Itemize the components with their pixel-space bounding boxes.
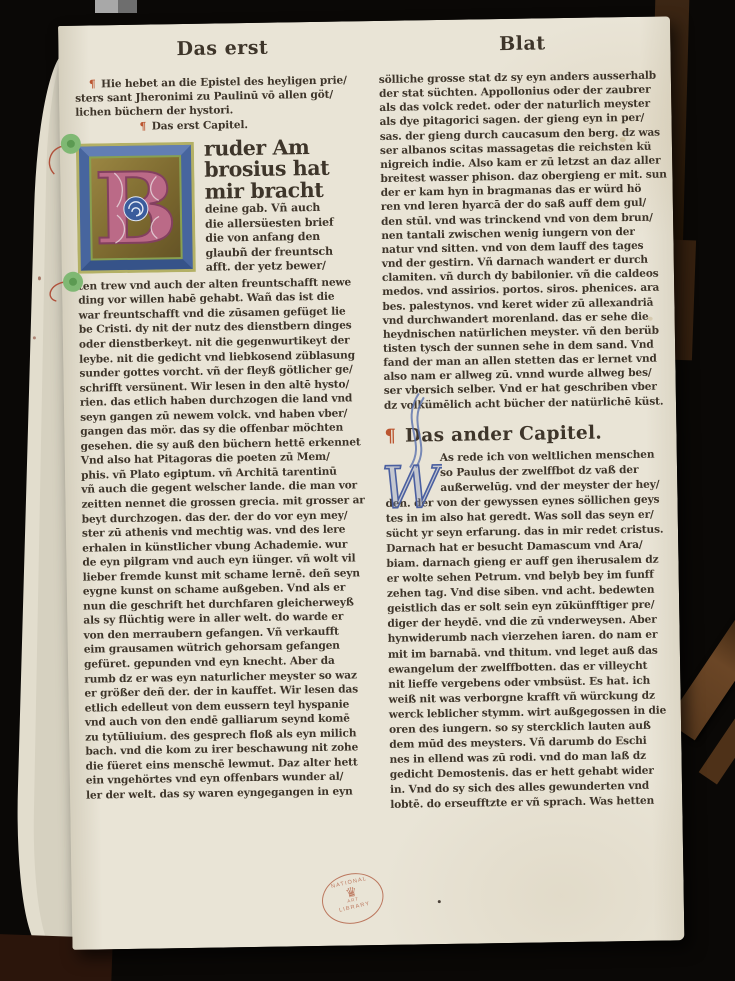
chapter2-opening: W As rede ich von weltlichen menschenso …	[385, 447, 678, 497]
illuminated-initial-b-icon: B	[76, 142, 196, 274]
book-photograph: Das erst Blat ¶ Hie hebet an die Epistel…	[0, 0, 735, 981]
running-header-left: Das erst	[72, 35, 372, 62]
chapter1-rubric: ¶ Hie hebet an die Epistel des heyligen …	[75, 73, 378, 135]
ink-speck	[438, 900, 441, 903]
foxing-spot	[648, 317, 653, 321]
manuscript-page: Das erst Blat ¶ Hie hebet an die Epistel…	[58, 16, 684, 949]
chapter1-body-text: ten trew vnd auch der alten freuntschaff…	[78, 273, 388, 803]
foxing-spot	[620, 137, 626, 142]
chapter2-opening-lines: As rede ich von weltlichen menschenso Pa…	[440, 447, 678, 496]
bookmark-tab	[95, 0, 137, 13]
running-header: Das erst Blat	[58, 30, 670, 40]
lombard-initial-w-icon: W	[379, 389, 443, 518]
ink-speck	[33, 336, 36, 339]
running-header-right: Blat	[376, 30, 668, 57]
library-stamp: NATIONAL ♛ ART LIBRARY	[317, 867, 389, 930]
chapter2-body-text: den. der von der gewyssen eynes sölliche…	[385, 492, 682, 813]
chapter1-opening: B ruder Ambrosius hatmir bracht deine ga…	[76, 136, 380, 278]
left-text-column: ¶ Hie hebet an die Epistel des heyligen …	[75, 73, 388, 803]
text-line: lobtē. do erseufftzte er vñ sprach. Was …	[390, 793, 682, 813]
ink-speck	[38, 276, 41, 280]
svg-text:W: W	[381, 453, 443, 518]
chapter1-body-text-continued: sölliche grosse stat dz sy eyn anders au…	[379, 68, 676, 412]
right-text-column: sölliche grosse stat dz sy eyn anders au…	[379, 68, 683, 813]
